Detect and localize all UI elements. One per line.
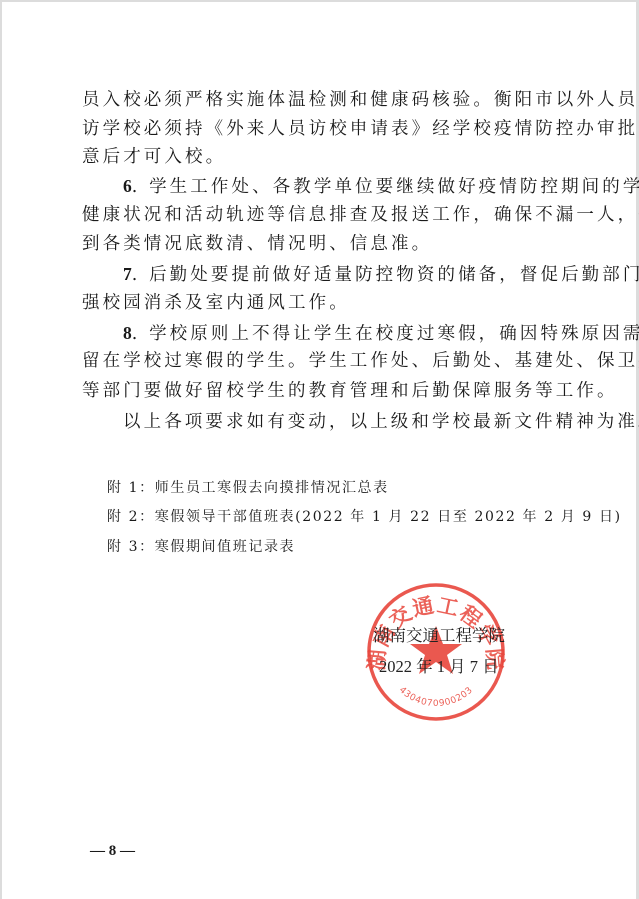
item-6-text: . 学生工作处、各教学单位要继续做好疫情防控期间的学生 <box>132 177 639 197</box>
seal-code: 4304070900203 <box>397 685 475 709</box>
body-line: 意后才可入校。 <box>82 147 558 167</box>
appendix-3: 附 3：寒假期间值班记录表 <box>107 539 295 555</box>
signature-date: 2022 年 1 月 7 日 <box>379 653 499 677</box>
body-line: 强校园消杀及室内通风工作。 <box>82 293 558 313</box>
body-line: 等部门要做好留校学生的教育管理和后勤保障服务等工作。 <box>82 381 558 401</box>
page-border-top <box>0 0 639 2</box>
item-7-text: . 后勤处要提前做好适量防控物资的储备，督促后勤部门加 <box>132 265 639 285</box>
item-number: 8 <box>123 323 132 343</box>
page-number: — 8 — <box>90 843 135 860</box>
item-number: 7 <box>123 264 132 284</box>
body-line: 访学校必须持《外来人员访校申请表》经学校疫情防控办审批同 <box>82 119 558 139</box>
body-line: 健康状况和活动轨迹等信息排查及报送工作，确保不漏一人，做 <box>82 205 558 225</box>
appendix-2: 附 2：寒假领导干部值班表(2022 年 1 月 22 日至 2022 年 2 … <box>107 509 622 525</box>
item-8-text: . 学校原则上不得让学生在校度过寒假，确因特殊原因需要 <box>132 324 639 344</box>
official-seal-icon: 湖南交通工程学院 4304070900203 <box>365 582 507 722</box>
svg-text:4304070900203: 4304070900203 <box>397 685 475 709</box>
appendix-1: 附 1：师生员工寒假去向摸排情况汇总表 <box>107 480 389 496</box>
body-line: 员入校必须严格实施体温检测和健康码核验。衡阳市以外人员来 <box>82 90 558 110</box>
body-line: 留在学校过寒假的学生。学生工作处、后勤处、基建处、保卫处 <box>82 351 558 371</box>
item-6-first-line: 6. 学生工作处、各教学单位要继续做好疫情防控期间的学生 <box>123 176 558 196</box>
item-8-first-line: 8. 学校原则上不得让学生在校度过寒假，确因特殊原因需要 <box>123 323 558 343</box>
body-line: 到各类情况底数清、情况明、信息准。 <box>82 234 558 254</box>
signature-organization: 湖南交通工程学院 <box>373 622 505 646</box>
closing-line: 以上各项要求如有变动，以上级和学校最新文件精神为准。 <box>123 412 558 432</box>
page-border-left <box>0 0 2 899</box>
item-7-first-line: 7. 后勤处要提前做好适量防控物资的储备，督促后勤部门加 <box>123 264 558 284</box>
item-number: 6 <box>123 176 132 196</box>
